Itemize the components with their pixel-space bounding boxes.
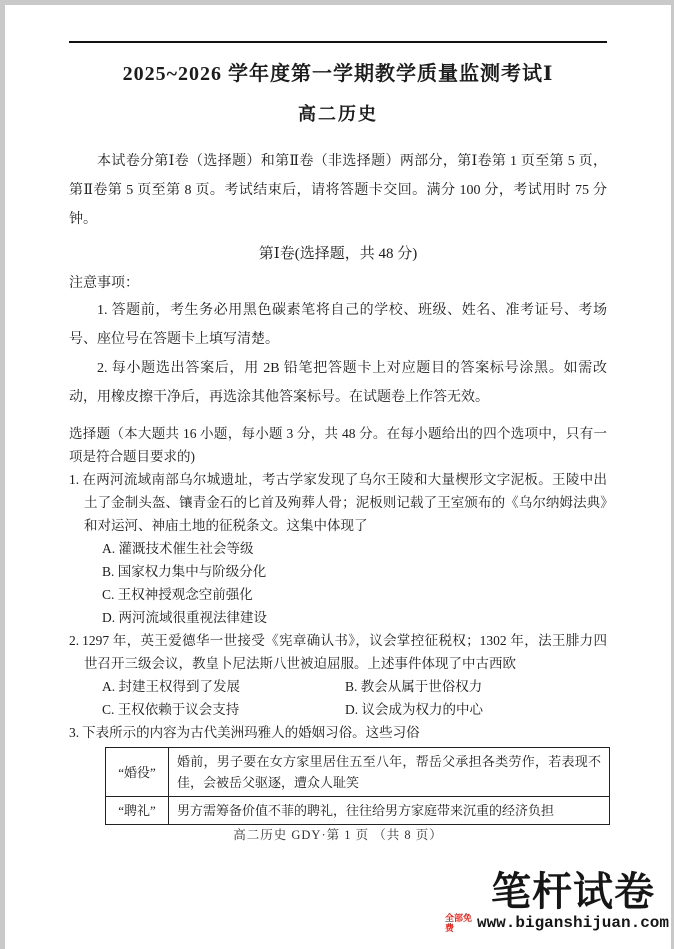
table-row: “婚役” 婚前，男子要在女方家里居住五至八年，帮岳父承担各类劳作，若表现不佳，会…	[106, 748, 610, 797]
exam-title: 2025~2026 学年度第一学期教学质量监测考试Ⅰ	[69, 59, 607, 89]
question-1-text: 在两河流域南部乌尔城遗址，考古学家发现了乌尔王陵和大量楔形文字泥板。王陵中出土了…	[82, 472, 607, 533]
question-3-stem: 3.下表所示的内容为古代美洲玛雅人的婚姻习俗。这些习俗	[69, 721, 607, 744]
exam-subject: 高二历史	[69, 101, 607, 127]
watermark-free-label: 全部免费	[445, 913, 477, 933]
question-2-option-a: A. 封建王权得到了发展	[102, 675, 345, 698]
question-2-text: 1297 年，英王爱德华一世接受《宪章确认书》，议会掌控征税权；1302 年，法…	[82, 633, 607, 671]
table-cell-term-1: “婚役”	[106, 748, 169, 797]
table-cell-desc-2: 男方需筹备价值不菲的聘礼，往往给男方家庭带来沉重的经济负担	[169, 797, 610, 825]
notice-heading: 注意事项：	[69, 272, 607, 296]
question-3-text: 下表所示的内容为古代美洲玛雅人的婚姻习俗。这些习俗	[82, 725, 420, 740]
question-1-stem: 1.在两河流域南部乌尔城遗址，考古学家发现了乌尔王陵和大量楔形文字泥板。王陵中出…	[69, 468, 607, 537]
exam-intro-paragraph: 本试卷分第Ⅰ卷（选择题）和第Ⅱ卷（非选择题）两部分，第Ⅰ卷第 1 页至第 5 页…	[69, 147, 607, 234]
question-3-number: 3.	[69, 725, 79, 740]
question-2-option-c: C. 王权依赖于议会支持	[102, 698, 345, 721]
question-1-option-a: A. 灌溉技术催生社会等级	[102, 537, 607, 560]
question-2-option-b: B. 教会从属于世俗权力	[345, 675, 607, 698]
question-1-option-b: B. 国家权力集中与阶级分化	[102, 560, 607, 583]
question-1-option-d: D. 两河流域很重视法律建设	[102, 606, 607, 629]
paper-page: 2025~2026 学年度第一学期教学质量监测考试Ⅰ 高二历史 本试卷分第Ⅰ卷（…	[5, 5, 671, 949]
table-row: “聘礼” 男方需筹备价值不菲的聘礼，往往给男方家庭带来沉重的经济负担	[106, 797, 610, 825]
question-2-option-d: D. 议会成为权力的中心	[345, 698, 607, 721]
watermark-url-row: 全部免费 www.biganshijuan.com	[445, 913, 669, 933]
maya-customs-table: “婚役” 婚前，男子要在女方家里居住五至八年，帮岳父承担各类劳作，若表现不佳，会…	[105, 747, 610, 825]
question-2-stem: 2.1297 年，英王爱德华一世接受《宪章确认书》，议会掌控征税权；1302 年…	[69, 629, 607, 675]
section-1-header: 第Ⅰ卷(选择题，共 48 分)	[69, 242, 607, 266]
table-cell-desc-1: 婚前，男子要在女方家里居住五至八年，帮岳父承担各类劳作，若表现不佳，会被岳父驱逐…	[169, 748, 610, 797]
page-footer: 高二历史 GDY·第 1 页 （共 8 页）	[5, 825, 671, 843]
exam-paper-scan: { "doc": { "title": "2025~2026 学年度第一学期教学…	[0, 0, 674, 949]
question-1-number: 1.	[69, 472, 79, 487]
page-content: 2025~2026 学年度第一学期教学质量监测考试Ⅰ 高二历史 本试卷分第Ⅰ卷（…	[69, 41, 607, 825]
header-rule	[69, 41, 607, 43]
question-1-option-c: C. 王权神授观念空前强化	[102, 583, 607, 606]
question-1-options: A. 灌溉技术催生社会等级 B. 国家权力集中与阶级分化 C. 王权神授观念空前…	[69, 537, 607, 629]
table-cell-term-2: “聘礼”	[106, 797, 169, 825]
multiple-choice-intro: 选择题（本大题共 16 小题，每小题 3 分，共 48 分。在每小题给出的四个选…	[69, 422, 607, 468]
notice-item-2: 2. 每小题选出答案后，用 2B 铅笔把答题卡上对应题目的答案标号涂黑。如需改动…	[69, 354, 607, 412]
watermark-logo: 笔杆试卷 全部免费 www.biganshijuan.com	[445, 871, 669, 933]
watermark-url: www.biganshijuan.com	[477, 913, 669, 933]
question-2-number: 2.	[69, 633, 79, 648]
notice-item-1: 1. 答题前，考生务必用黑色碳素笔将自己的学校、班级、姓名、准考证号、考场号、座…	[69, 296, 607, 354]
question-2-options: A. 封建王权得到了发展 B. 教会从属于世俗权力 C. 王权依赖于议会支持 D…	[69, 675, 607, 721]
watermark-brand: 笔杆试卷	[445, 871, 655, 913]
